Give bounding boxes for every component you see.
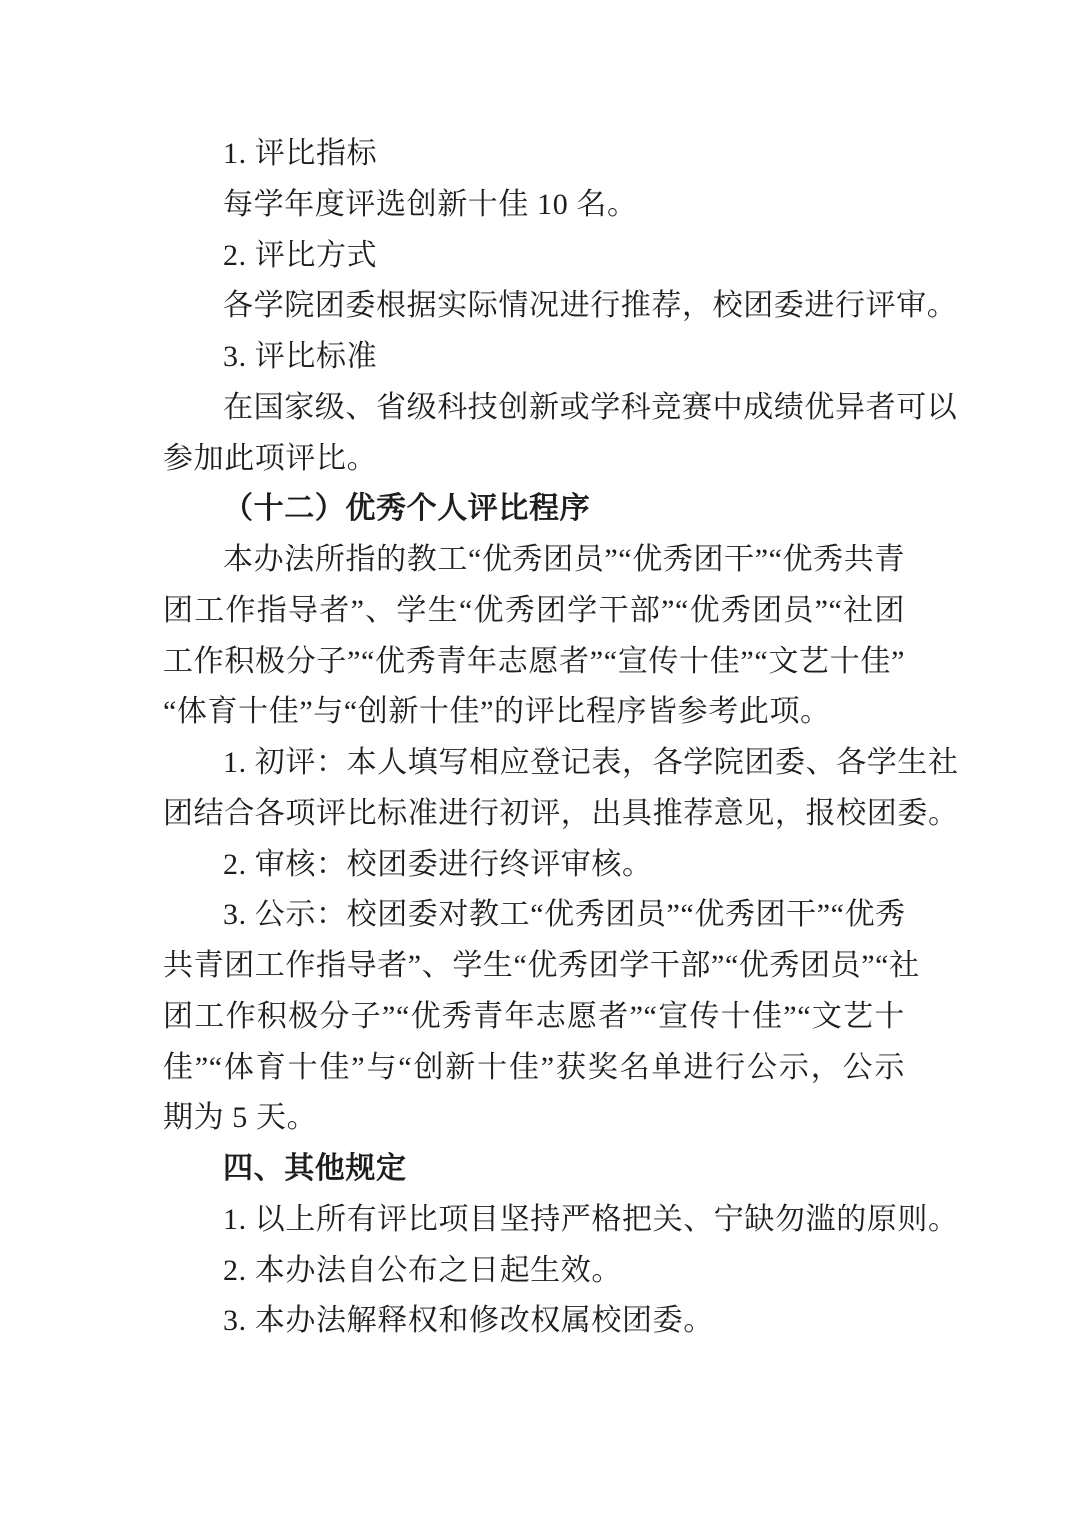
text-line: 1. 以上所有评比项目坚持严格把关、宁缺勿滥的原则。	[163, 1195, 905, 1246]
text-line: 3. 本办法解释权和修改权属校团委。	[163, 1296, 905, 1347]
text-line: 1. 评比指标	[163, 129, 905, 180]
text-line: 本办法所指的教工“优秀团员”“优秀团干”“优秀共青	[163, 535, 905, 586]
text-line: （十二）优秀个人评比程序	[163, 484, 905, 535]
text-line: 2. 本办法自公布之日起生效。	[163, 1246, 905, 1297]
text-line: 2. 审核：校团委进行终评审核。	[163, 840, 905, 891]
text-line: 期为 5 天。	[163, 1093, 905, 1144]
text-line: 工作积极分子”“优秀青年志愿者”“宣传十佳”“文艺十佳”	[163, 637, 905, 688]
text-line: 参加此项评比。	[163, 434, 905, 485]
text-line: 团工作积极分子”“优秀青年志愿者”“宣传十佳”“文艺十	[163, 992, 905, 1043]
text-line: 3. 公示：校团委对教工“优秀团员”“优秀团干”“优秀	[163, 890, 905, 941]
text-line: 团工作指导者”、学生“优秀团学干部”“优秀团员”“社团	[163, 586, 905, 637]
text-line: 四、其他规定	[163, 1144, 905, 1195]
document-body: 1. 评比指标每学年度评选创新十佳 10 名。2. 评比方式各学院团委根据实际情…	[163, 129, 905, 1347]
text-line: 各学院团委根据实际情况进行推荐，校团委进行评审。	[163, 281, 905, 332]
text-line: 在国家级、省级科技创新或学科竞赛中成绩优异者可以	[163, 383, 905, 434]
text-line: 1. 初评：本人填写相应登记表，各学院团委、各学生社	[163, 738, 905, 789]
text-line: 3. 评比标准	[163, 332, 905, 383]
text-line: “体育十佳”与“创新十佳”的评比程序皆参考此项。	[163, 687, 905, 738]
text-line: 每学年度评选创新十佳 10 名。	[163, 180, 905, 231]
document-page: 1. 评比指标每学年度评选创新十佳 10 名。2. 评比方式各学院团委根据实际情…	[0, 0, 1074, 1520]
text-line: 共青团工作指导者”、学生“优秀团学干部”“优秀团员”“社	[163, 941, 905, 992]
text-line: 团结合各项评比标准进行初评，出具推荐意见，报校团委。	[163, 789, 905, 840]
text-line: 佳”“体育十佳”与“创新十佳”获奖名单进行公示，公示	[163, 1043, 905, 1094]
text-line: 2. 评比方式	[163, 231, 905, 282]
